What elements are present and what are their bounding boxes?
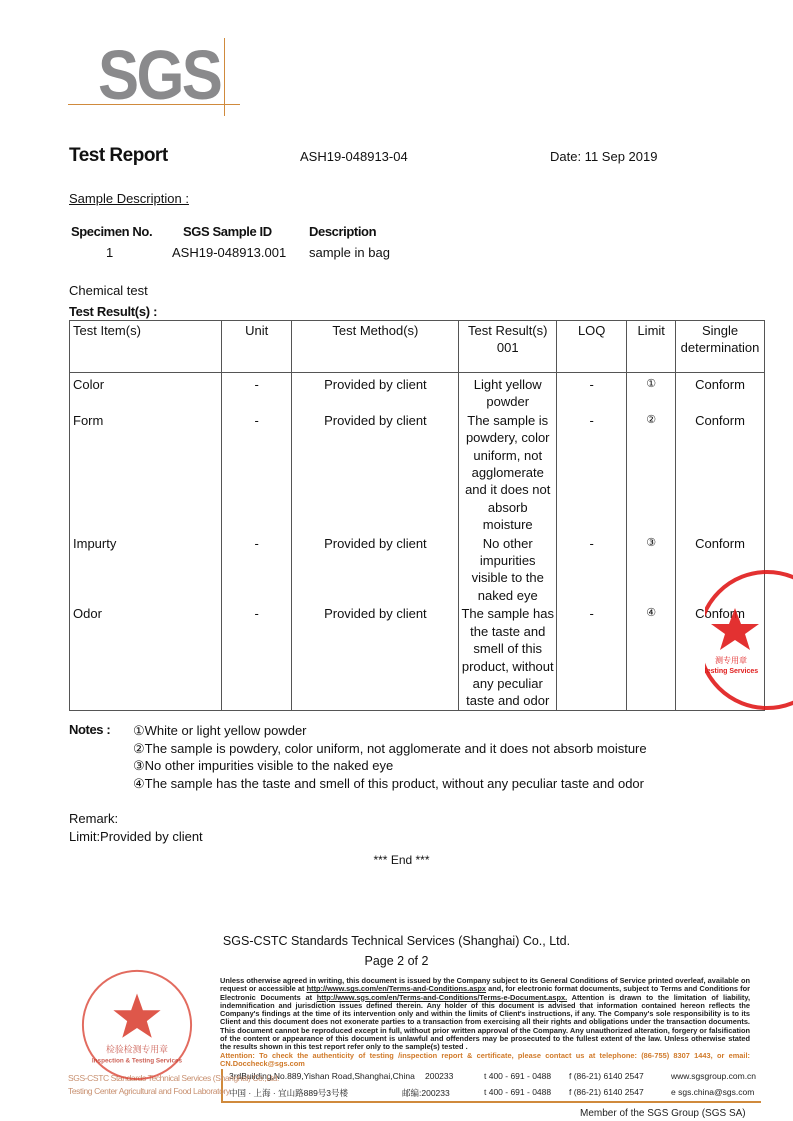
disclaimer-text: Attention is drawn to the limitation of … xyxy=(220,993,750,1052)
unit-cell: - xyxy=(222,411,292,534)
test-method-cell: Provided by client xyxy=(292,604,459,710)
report-title: Test Report xyxy=(69,145,168,167)
fax-en: f (86-21) 6140 2547 xyxy=(569,1071,644,1081)
disclaimer: Unless otherwise agreed in writing, this… xyxy=(220,977,750,1068)
test-method-cell: Provided by client xyxy=(292,411,459,534)
col-test-result-sample: 001 xyxy=(461,339,554,356)
svg-text:Testing Services: Testing Services xyxy=(705,668,758,675)
limit-cell: ② xyxy=(627,411,676,534)
logo-vertical-rule xyxy=(224,38,225,116)
authenticity-notice: Attention: To check the authenticity of … xyxy=(220,1052,750,1069)
footer-divider xyxy=(221,1101,761,1103)
test-item-cell: Odor xyxy=(70,604,222,710)
official-stamp-icon: 检验检测专用章 Inspection & Testing Services xyxy=(78,966,196,1084)
stamp-en-text: Inspection & Testing Services xyxy=(92,1057,183,1064)
note-item: ①White or light yellow powder xyxy=(133,722,647,740)
note-item: ④The sample has the taste and smell of t… xyxy=(133,775,647,793)
remark-block: Remark: Limit:Provided by client xyxy=(69,810,203,845)
col-test-item: Test Item(s) xyxy=(70,321,222,373)
single-determination-cell: Conform xyxy=(676,373,765,411)
table-row: Odor-Provided by clientThe sample has th… xyxy=(70,604,765,710)
telephone-cn: t 400 - 691 - 0488 xyxy=(484,1087,551,1097)
limit-cell: ③ xyxy=(627,534,676,605)
limit-cell: ④ xyxy=(627,604,676,710)
postcode-en: 200233 xyxy=(425,1071,453,1081)
table-row: Color-Provided by clientLight yellow pow… xyxy=(70,373,765,411)
address-block: 3rdBuilding,No.889,Yishan Road,Shanghai,… xyxy=(221,1069,753,1103)
website[interactable]: www.sgsgroup.com.cn xyxy=(671,1071,756,1081)
loq-cell: - xyxy=(557,373,627,411)
email[interactable]: e sgs.china@sgs.com xyxy=(671,1087,754,1097)
sgs-logo-text: SGS xyxy=(98,40,220,110)
test-result-cell: The sample has the taste and smell of th… xyxy=(459,604,557,710)
side-stamp: 测专用章 Testing Services xyxy=(705,560,793,720)
description-header: Description xyxy=(309,224,376,239)
end-marker: *** End *** xyxy=(0,853,793,867)
specimen-no-header: Specimen No. xyxy=(71,224,152,239)
loq-cell: - xyxy=(557,604,627,710)
section-label: Chemical test xyxy=(69,283,148,298)
unit-cell: - xyxy=(222,604,292,710)
telephone-en: t 400 - 691 - 0488 xyxy=(484,1071,551,1081)
test-results-label: Test Result(s) : xyxy=(69,304,157,319)
notes-list: ①White or light yellow powder ②The sampl… xyxy=(133,722,647,792)
test-item-cell: Color xyxy=(70,373,222,411)
sample-description-label: Sample Description : xyxy=(69,191,189,206)
limit-cell: ① xyxy=(627,373,676,411)
unit-cell: - xyxy=(222,534,292,605)
postcode-cn: 邮编:200233 xyxy=(402,1087,450,1099)
stamp-cn-text: 检验检测专用章 xyxy=(106,1044,168,1056)
single-determination-cell: Conform xyxy=(676,411,765,534)
fax-cn: f (86-21) 6140 2547 xyxy=(569,1087,644,1097)
table-row: Impurty-Provided by clientNo other impur… xyxy=(70,534,765,605)
col-limit: Limit xyxy=(627,321,676,373)
test-result-cell: No other impurities visible to the naked… xyxy=(459,534,557,605)
results-header-row: Test Item(s) Unit Test Method(s) Test Re… xyxy=(70,321,765,373)
test-method-cell: Provided by client xyxy=(292,534,459,605)
loq-cell: - xyxy=(557,411,627,534)
test-item-cell: Form xyxy=(70,411,222,534)
test-item-cell: Impurty xyxy=(70,534,222,605)
member-line: Member of the SGS Group (SGS SA) xyxy=(580,1108,746,1119)
table-row: Form-Provided by clientThe sample is pow… xyxy=(70,411,765,534)
remark-label: Remark: xyxy=(69,810,203,828)
specimen-no-value: 1 xyxy=(106,245,113,260)
test-result-cell: The sample is powdery, color uniform, no… xyxy=(459,411,557,534)
results-body: Color-Provided by clientLight yellow pow… xyxy=(70,373,765,711)
unit-cell: - xyxy=(222,373,292,411)
lab-name-line-2: Testing Center Agricultural and Food Lab… xyxy=(68,1085,279,1098)
svg-text:测专用章: 测专用章 xyxy=(715,655,747,665)
test-method-cell: Provided by client xyxy=(292,373,459,411)
sgs-sample-id-header: SGS Sample ID xyxy=(183,224,272,239)
col-test-result-label: Test Result(s) xyxy=(461,322,554,339)
side-stamp-icon: 测专用章 Testing Services xyxy=(705,560,793,720)
loq-cell: - xyxy=(557,534,627,605)
note-item: ③No other impurities visible to the nake… xyxy=(133,757,647,775)
col-single-determination: Single determination xyxy=(676,321,765,373)
sample-id-value: ASH19-048913.001 xyxy=(172,245,286,260)
logo-horizontal-rule xyxy=(68,104,240,105)
results-table: Test Item(s) Unit Test Method(s) Test Re… xyxy=(69,320,765,711)
description-value: sample in bag xyxy=(309,245,390,260)
company-name: SGS-CSTC Standards Technical Services (S… xyxy=(0,934,793,948)
sgs-logo: SGS xyxy=(68,38,243,118)
report-number: ASH19-048913-04 xyxy=(300,149,408,164)
remark-text: Limit:Provided by client xyxy=(69,828,203,846)
col-unit: Unit xyxy=(222,321,292,373)
notes-label: Notes : xyxy=(69,722,110,737)
col-loq: LOQ xyxy=(557,321,627,373)
test-result-cell: Light yellow powder xyxy=(459,373,557,411)
note-item: ②The sample is powdery, color uniform, n… xyxy=(133,740,647,758)
col-test-method: Test Method(s) xyxy=(292,321,459,373)
report-date: Date: 11 Sep 2019 xyxy=(550,149,657,164)
col-test-result: Test Result(s) 001 xyxy=(459,321,557,373)
